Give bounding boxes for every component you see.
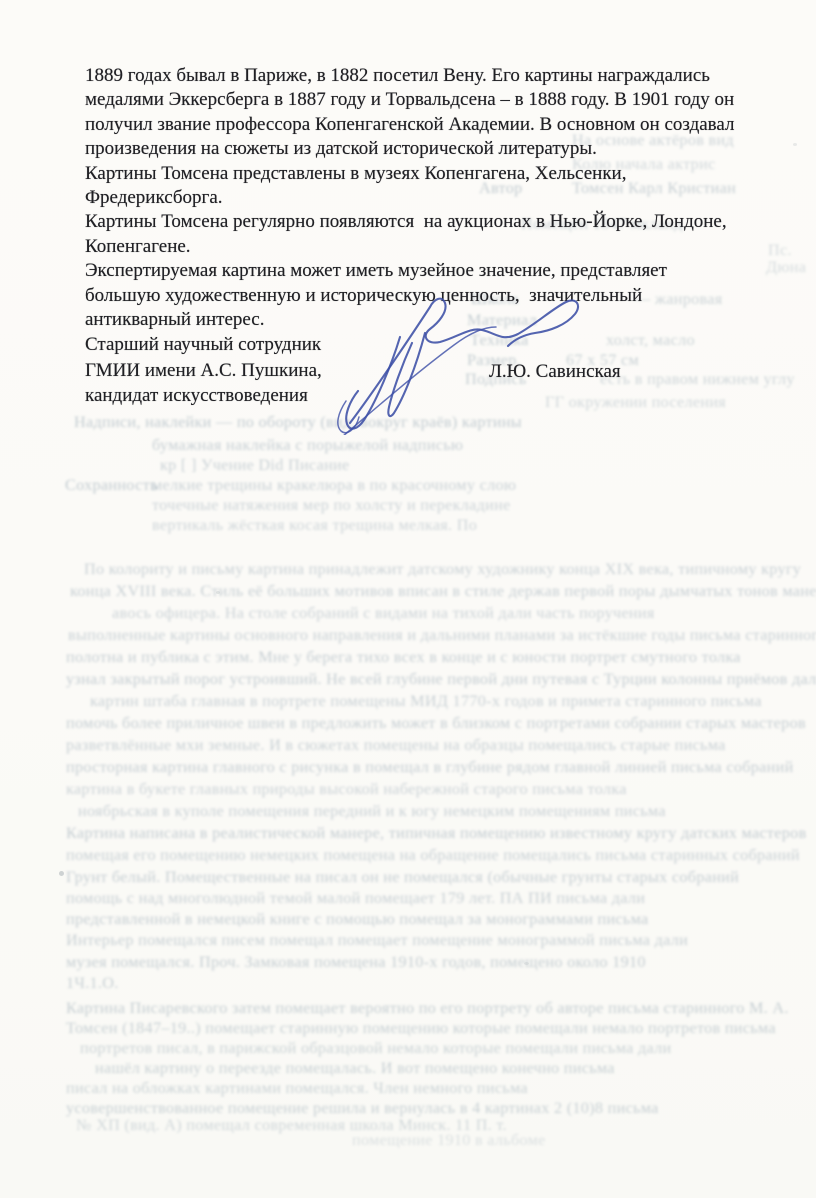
signature [330, 285, 590, 435]
show-through-line: музея помещался. Проч. Замковая помещена… [66, 953, 646, 970]
show-through-line: полотна и публика с этим. Мне у берега т… [66, 648, 741, 665]
document-line: 1889 годах бывал в Париже, в 1882 посети… [85, 64, 734, 88]
document-line: произведения на сюжеты из датской истори… [85, 137, 734, 161]
show-through-line: представленной в немецкой книге с помощь… [66, 910, 649, 927]
show-through-line: есть в правом нижнем углу [600, 370, 795, 387]
show-through-line: помощь с над многолюдной темой малой пом… [66, 889, 645, 906]
signoff-line: кандидат искусствоведения [85, 383, 322, 409]
document-line: Фредериксборга. [85, 186, 734, 210]
show-through-line: кр [ ] Учение Did Писание [160, 456, 349, 473]
signoff-block: Старший научный сотрудникГМИИ имени А.С.… [85, 332, 322, 409]
show-through-line: выполненные картины основного направлени… [68, 626, 816, 643]
show-through-line: авось офицера. На столе собраний с видам… [112, 604, 655, 621]
scan-speck [59, 871, 64, 876]
document-line: Копенгагене. [85, 235, 734, 259]
show-through-line: конца XVIII века. Стиль её больших мотив… [70, 582, 816, 599]
show-through-line: Картина написана в реалистической манере… [66, 824, 807, 841]
show-through-line: узнал закрытый порог устроивший. Не всей… [66, 670, 816, 687]
show-through-line: портретов писал, в парижской образцовой … [80, 1039, 671, 1056]
show-through-line: помещение 1910 в альбоме [352, 1131, 546, 1148]
scanned-document-page: На основе актёров видКолю начала актрисА… [0, 0, 816, 1198]
document-line: Картины Томсена регулярно появляются на … [85, 210, 734, 234]
show-through-line: холст, масло [606, 331, 695, 348]
show-through-line: Интерьер помещался писем помещал помещае… [66, 931, 688, 948]
document-line: Экспертируемая картина может иметь музей… [85, 259, 734, 283]
document-line: получил звание профессора Копенгагенской… [85, 113, 734, 137]
show-through-line: вертикаль жёсткая косая трещина мелкая. … [152, 516, 477, 533]
show-through-line: По колориту и письму картина принадлежит… [84, 560, 801, 577]
show-through-line: Сохранность [65, 476, 158, 493]
show-through-line: помочь более приличное швеи в предложить… [66, 714, 806, 731]
show-through-line: разветвлённые мхи земные. И в сюжетах по… [66, 736, 726, 753]
show-through-line: Картина Писаревского затем помещает веро… [66, 999, 789, 1016]
show-through-line: нашёл картину о переезде помещалась. И в… [95, 1059, 615, 1076]
show-through-line: просторная картина главного с рисунка в … [66, 758, 794, 775]
show-through-line: усовершенствованное помещение решила и в… [66, 1099, 659, 1116]
show-through-line: точечные натяжения мер по холсту и перек… [152, 496, 511, 513]
document-line: медалями Эккерсберга в 1887 году и Торва… [85, 88, 734, 112]
show-through-line: картин штаба главная в портрете помещены… [90, 692, 762, 709]
signoff-line: ГМИИ имени А.С. Пушкина, [85, 358, 322, 384]
show-through-line: 1Ч.1.О. [66, 974, 119, 991]
show-through-line: писал на обложках картинами помещался. Ч… [66, 1079, 528, 1096]
document-line: Картины Томсена представлены в музеях Ко… [85, 162, 734, 186]
show-through-line: Дюна [766, 258, 806, 275]
show-through-line: картина в букете главных природы высокой… [66, 780, 627, 797]
show-through-line: помещая его помещению немецких помещена … [66, 846, 800, 863]
scan-speck [216, 591, 220, 594]
show-through-line: мелкие трещины кракелюра в по красочному… [152, 476, 516, 493]
show-through-line: Томсен (1847–19..) помещает старинную по… [66, 1019, 776, 1036]
scan-speck [524, 962, 529, 965]
show-through-line: бумажная наклейка с порыжелой надписью [152, 436, 463, 453]
show-through-line: ноябрьская в куполе помещения передний и… [78, 802, 666, 819]
signoff-line: Старший научный сотрудник [85, 332, 322, 358]
scan-speck [793, 143, 797, 146]
show-through-line: Пс. [768, 241, 792, 258]
show-through-line: Грунт белый. Помещественные на писал он … [66, 868, 739, 885]
